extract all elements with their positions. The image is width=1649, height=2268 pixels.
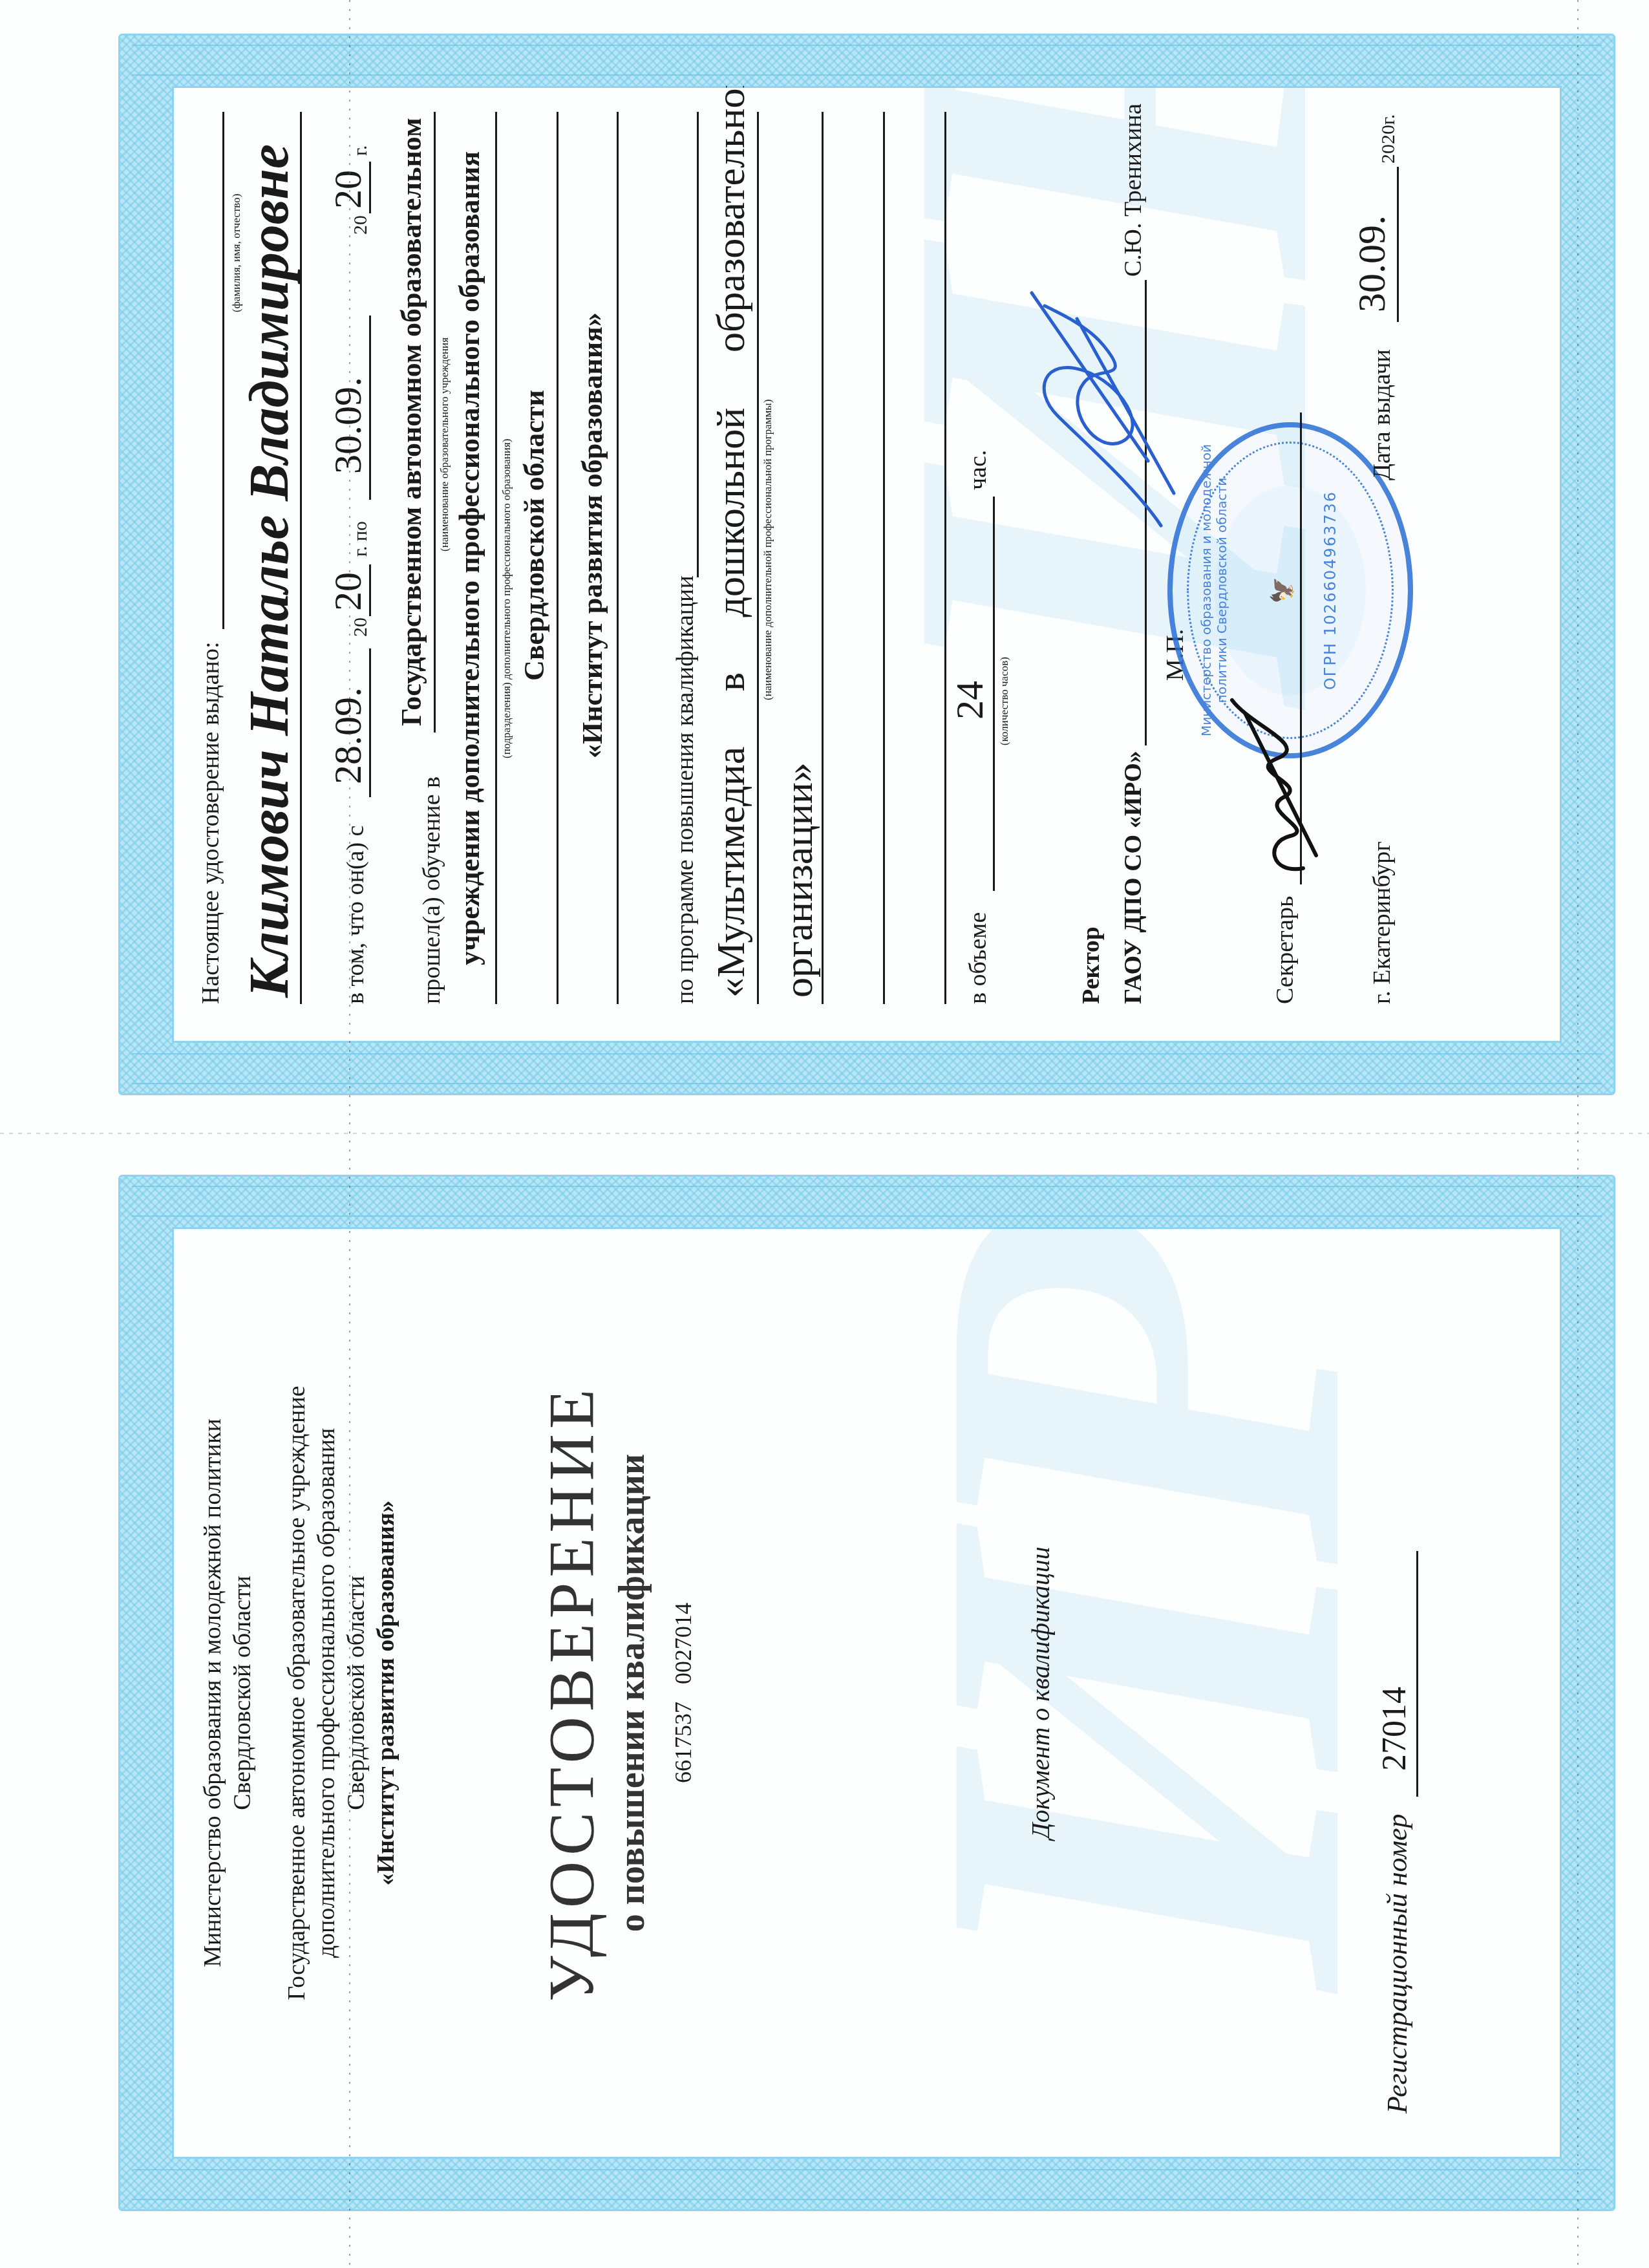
- cover-title: УДОСТОВЕРЕНИЕ: [534, 1227, 608, 2159]
- org-line-4: «Институт развития образования»: [371, 1227, 401, 2159]
- iro-watermark: ИРО: [851, 1227, 1432, 1991]
- certificate-cover-page: ИРО Министерство образования и молодежно…: [118, 1175, 1615, 2211]
- program-line-1: «Мультимедиа в дошкольной образовательно…: [708, 86, 754, 998]
- year-suffix: г.: [350, 145, 372, 156]
- border-line: [132, 2169, 1602, 2170]
- intro-underline: [222, 112, 224, 629]
- institution-caption-1: (наименование образовательного учреждени…: [438, 337, 451, 551]
- institution-underline-3: [557, 112, 559, 1004]
- city: г. Екатеринбург: [1368, 841, 1396, 1004]
- secretary-title: Секретарь: [1271, 896, 1299, 1004]
- border-line: [132, 1053, 1602, 1054]
- hours-suffix: час.: [964, 450, 992, 490]
- cover-content-area: ИРО Министерство образования и молодежно…: [172, 1227, 1562, 2159]
- border-line: [132, 1215, 1602, 1217]
- year-prefix-1: 20: [350, 617, 372, 637]
- border-line: [132, 74, 1602, 76]
- year-to: 20: [326, 170, 370, 209]
- year-prefix-2: 20: [350, 215, 372, 235]
- reg-number-label: Регистрационный номер: [1381, 1813, 1414, 2113]
- volume-prefix: в объеме: [964, 912, 992, 1004]
- hours-caption: (количество часов): [998, 657, 1011, 745]
- inside-rotated-content: ИРО Настоящее удостоверение выдано: (фам…: [172, 86, 1562, 1043]
- scan-dotted-line: [349, 0, 350, 2268]
- name-underline: [300, 112, 302, 1004]
- cover-subtitle: о повышении квалификации: [612, 1227, 653, 2159]
- border-line: [132, 2199, 1602, 2200]
- institution-line-4: «Институт развития образования»: [576, 312, 609, 758]
- hours-value: 24: [948, 681, 992, 720]
- rector-title: Ректор: [1077, 926, 1105, 1004]
- institution-underline-2: [495, 112, 497, 1004]
- ministry-line-1: Министерство образования и молодежной по…: [198, 1227, 228, 2159]
- inside-content-area: ИРО Настоящее удостоверение выдано: (фам…: [172, 86, 1562, 1043]
- org-line-1: Государственное автономное образовательн…: [282, 1227, 312, 2159]
- issue-year: 2020г.: [1378, 114, 1399, 164]
- institution-underline-4: [617, 112, 619, 1004]
- scan-fold-line: [0, 1133, 1649, 1134]
- cover-serial-number: 6617537 0027014: [670, 1227, 697, 2159]
- program-underline-2: [822, 112, 824, 1004]
- period-mid: г. по: [350, 521, 372, 557]
- year-from: 20: [326, 572, 370, 611]
- border-line: [132, 1083, 1602, 1084]
- ministry-line-2: Свердловской области: [228, 1227, 257, 2159]
- program-caption: (наименование дополнительной профессиона…: [761, 400, 774, 700]
- recipient-name: Климович Наталье Владимировне: [237, 144, 301, 998]
- institution-line-3: Свердловской области: [518, 390, 551, 681]
- rector-name: С.Ю. Тренихина: [1119, 103, 1147, 277]
- program-line-2: организации»: [776, 762, 822, 998]
- issue-date: 30.09.: [1350, 215, 1394, 312]
- document-type: Документ о квалификации: [1025, 1227, 1056, 2159]
- date-to: 30.09.: [326, 377, 370, 474]
- hours-underline: [993, 497, 995, 891]
- cover-rotated-content: ИРО Министерство образования и молодежно…: [172, 1227, 1562, 2159]
- program-underline-3: [883, 112, 885, 1004]
- border-line: [132, 45, 1602, 46]
- program-underline-4: [944, 112, 946, 1004]
- rector-org: ГАОУ ДПО СО «ИРО»: [1119, 751, 1147, 1004]
- certificate-inside-page: ИРО Настоящее удостоверение выдано: (фам…: [118, 34, 1615, 1095]
- org-line-2: дополнительного профессионального образо…: [312, 1227, 341, 2159]
- program-prefix-underline: [697, 112, 699, 577]
- org-line-3: Свердловской области: [341, 1227, 371, 2159]
- institution-line-2: учреждении дополнительного профессиональ…: [453, 151, 486, 965]
- border-line: [132, 1186, 1602, 1187]
- reg-number-underline: [1416, 1551, 1418, 1797]
- program-underline-1: [757, 112, 759, 1004]
- secretary-signature: [1219, 687, 1329, 881]
- program-prefix: по программе повышения квалификации: [671, 575, 699, 1004]
- scan-dotted-line: [1577, 0, 1579, 2268]
- issue-date-underline: [1397, 167, 1399, 322]
- rector-signature: [1006, 267, 1200, 539]
- institution-caption-2: (подразделения) дополнительного професси…: [500, 439, 513, 758]
- institution-line-1: Государственном автономном образовательн…: [395, 118, 428, 726]
- institution-underline-1: [434, 112, 436, 733]
- reg-number: 27014: [1376, 1687, 1414, 1771]
- intro-label: Настоящее удостоверение выдано:: [197, 642, 225, 1004]
- issue-date-label: Дата выдачи: [1368, 349, 1396, 480]
- period-prefix: в том, что он(а) с: [341, 826, 370, 1004]
- date-from: 28.09.: [326, 687, 370, 784]
- training-prefix: прошел(а) обучение в: [418, 776, 446, 1004]
